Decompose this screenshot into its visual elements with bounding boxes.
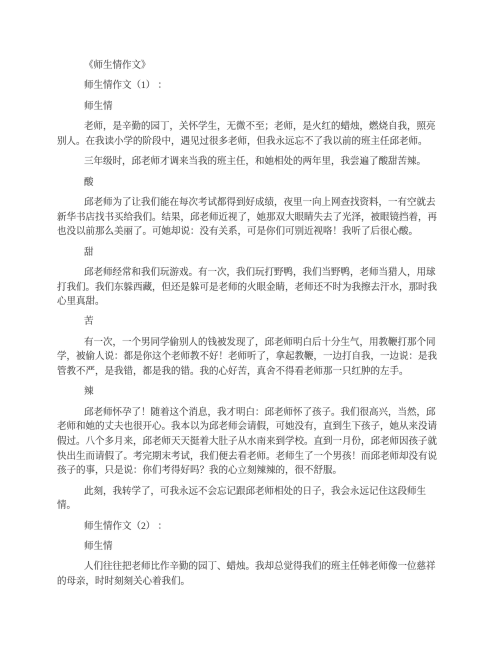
subheading: 辣 (57, 385, 442, 400)
section-label: 师生情作文（1） ： (57, 79, 442, 94)
paragraph: 有一次，一个男同学偷别人的钱被发现了，邱老师明白后十分生气，用教鞭打那个同学，被… (57, 336, 442, 380)
essay-title: 师生情 (57, 540, 442, 555)
subheading: 苦 (57, 315, 442, 330)
subheading: 甜 (57, 246, 442, 261)
paragraph: 三年级时，邱老师才调来当我的班主任，和她相处的两年里，我尝遍了酸甜苦辣。 (57, 155, 442, 170)
document-page: 《师生情作文》 师生情作文（1） ： 师生情 老师，是辛勤的园丁，关怀学生，无微… (0, 0, 500, 647)
doc-title: 《师生情作文》 (57, 59, 442, 74)
paragraph: 老师，是辛勤的园丁，关怀学生，无微不至；老师，是火红的蜡烛，燃烧自我，照亮别人。… (57, 120, 442, 149)
section-label: 师生情作文（2） ： (57, 520, 442, 535)
paragraph: 邱老师为了让我们能在每次考试都得到好成绩，夜里一向上网查找资料，一有空就去新华书… (57, 196, 442, 240)
paragraph: 邱老师怀孕了！随着这个消息，我才明白：邱老师怀了孩子。我们很高兴，当然，邱老师和… (57, 406, 442, 479)
essay-title: 师生情 (57, 100, 442, 115)
paragraph: 此刻，我转学了，可我永远不会忘记跟邱老师相处的日子，我会永远记住这段师生情。 (57, 485, 442, 514)
paragraph: 邱老师经常和我们玩游戏。有一次，我们玩打野鸭，我们当野鸭，老师当猎人，用球打我们… (57, 266, 442, 310)
paragraph: 人们往往把老师比作辛勤的园丁、蜡烛。我却总觉得我们的班主任韩老师像一位慈祥的母亲… (57, 560, 442, 589)
subheading: 酸 (57, 176, 442, 191)
